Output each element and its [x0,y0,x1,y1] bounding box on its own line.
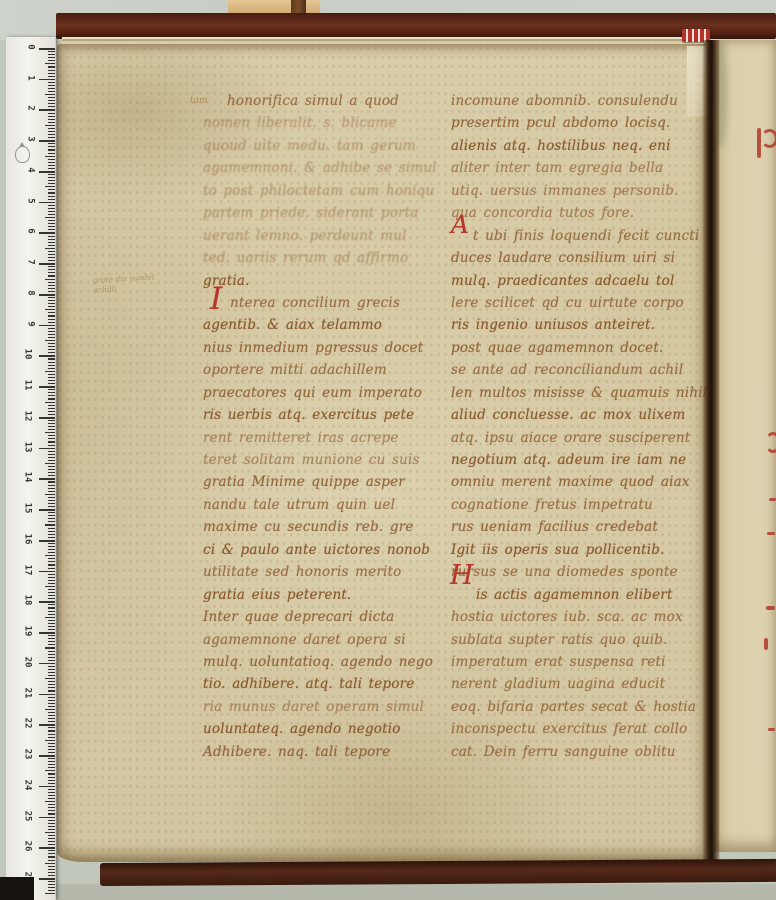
text-line: rursus se una diomedes sponte [451,561,677,583]
ruler-tick [39,509,55,511]
ruler-tick [39,847,55,849]
ruler-tick [39,540,55,542]
ruler-tick [48,737,55,738]
ruler-tick [48,420,55,421]
text-line: t ubi finis loquendi fecit cuncti [451,225,677,247]
ruler-tick [48,429,55,430]
ruler-tick [48,623,55,624]
ruler-tick [48,82,55,83]
text-line: omniu merent maxime quod aiax [451,471,677,493]
ruler-tick [48,260,55,261]
ruler-tick [48,377,55,378]
ruler-tick [48,654,55,655]
ruler-tick [39,755,55,757]
ruler-number: 9 [25,321,35,326]
text-line: ci & paulo ante uictores nonob [203,539,421,561]
ruler-tick [48,177,55,178]
ruler-tick [48,546,55,547]
ruler-number: 0 [25,44,35,49]
text-column-left: honorifica simul a quodnomen liberalit. … [203,90,421,763]
ruler-tick [48,408,55,409]
ruler-tick [48,629,55,630]
ruler-tick [48,552,55,553]
ruler-tick [48,97,55,98]
ruler-tick [45,678,55,679]
ruler-tick [48,192,55,193]
ruler-tick [48,500,55,501]
ruler-tick [48,684,55,685]
ruler-tick [48,607,55,608]
ruler-tick [39,632,55,634]
ruler-tick [48,884,55,885]
ruler-tick [48,162,55,163]
ruler-tick [48,441,55,442]
rubric-initial-at: A [451,212,469,237]
ruler-tick [48,269,55,270]
ruler-tick [45,586,55,587]
ruler-tick [39,232,55,234]
ruler-tick [45,279,55,280]
ruler-tick [45,432,55,433]
ruler-tick [48,242,55,243]
text-line: gratia. [203,270,421,292]
text-line: len multos misisse & quamuis nihil [451,382,677,404]
ruler-tick [45,371,55,372]
text-line: post quae agamemnon docet. [451,337,677,359]
red-text-fragment [765,432,776,453]
ruler-tick [48,70,55,71]
ruler-tick [48,275,55,276]
ruler-tick [45,863,55,864]
text-line: sublata supter ratis quo quib. [451,629,677,651]
ruler-tick [45,801,55,802]
ruler-tick [48,620,55,621]
ruler-tick [48,352,55,353]
ruler-tick [48,485,55,486]
ruler-tick [48,236,55,237]
text-line: mulq. uoluntatioq. agendo nego [203,651,421,673]
ruler-tick [48,697,55,698]
text-line: inconspectu exercitus ferat collo [451,718,677,740]
ruler-tick [48,887,55,888]
ruler-tick [48,306,55,307]
text-line: uoluntateq. agendo negotio [203,718,421,740]
ruler-tick [48,469,55,470]
text-line: ris ingenio uniusos anteiret. [451,314,677,336]
ruler-tick [48,395,55,396]
manuscript-photo: tam grate dia suadet achilli honorifica … [0,0,776,900]
ruler-number: 25 [23,810,33,821]
ruler-tick [39,294,55,296]
ruler-tick [48,103,55,104]
ruler-tick [48,660,55,661]
ruler-number: 21 [23,687,33,698]
ruler-tick [48,743,55,744]
ruler-tick [39,878,55,880]
ruler-tick [48,137,55,138]
ruler-tick [48,807,55,808]
ruler-tick [48,752,55,753]
ruler-tick [48,672,55,673]
text-line: oportere mitti adachillem [203,359,421,381]
ruler-tick [48,491,55,492]
ruler-tick [48,860,55,861]
text-line: agentib. & aiax telammo [203,314,421,336]
ruler-tick [48,734,55,735]
ruler-tick [48,328,55,329]
text-line: Inter quae deprecari dicta [203,606,421,628]
ruler-tick [48,116,55,117]
ruler-number: 12 [23,410,33,421]
ruler-number: 23 [23,749,33,760]
ruler-tick [48,438,55,439]
gutter-shadow [702,40,720,862]
ruler-tick [48,165,55,166]
ruler-tick [48,568,55,569]
text-line: hostia uictores iub. sca. ac mox [451,606,677,628]
ruler-tick [48,767,55,768]
text-line: eoq. bifaria partes secat & hostia [451,696,677,718]
ruler-tick [45,248,55,249]
text-line: quoud uite medu. tam gerum [203,135,421,157]
red-text-fragment [769,498,776,501]
ruler-tick [45,555,55,556]
ruler-tick [48,220,55,221]
binding-bottom-edge [100,859,776,886]
manuscript-page: tam grate dia suadet achilli honorifica … [57,44,709,862]
ruler-number: 14 [23,472,33,483]
ruler-tick [39,109,55,111]
rubric-initial-his: H [450,562,474,589]
ruler-tick [48,143,55,144]
ruler-tick [45,463,55,464]
ruler-tick [48,134,55,135]
ruler-tick [39,724,55,726]
ruler-tick [48,466,55,467]
text-line: nius inmedium pgressus docet [203,337,421,359]
text-line: rent remitteret iras acrepe [203,427,421,449]
ruler-tick [48,881,55,882]
ruler-tick [45,740,55,741]
ruler-number: 3 [25,137,35,142]
ruler-tick [48,866,55,867]
ruler-tick [48,481,55,482]
ruler-tick [48,251,55,252]
ruler-tick [48,669,55,670]
ruler-tick [48,337,55,338]
ruler-tick [48,758,55,759]
text-line: ria munus daret operam simul [203,696,421,718]
ruler-tick [48,580,55,581]
ruler-number: 22 [23,718,33,729]
ruler-tick [48,211,55,212]
ruler-number: 24 [23,779,33,790]
ruler-number: 26 [23,841,33,852]
ruler-tick [48,690,55,691]
ruler-tick [48,657,55,658]
ruler-tick [48,675,55,676]
ruler-tick [48,189,55,190]
ruler-tick [48,589,55,590]
ruler-tick [48,564,55,565]
ruler-tick [48,712,55,713]
text-line: lere scilicet qd cu uirtute corpo [451,292,677,314]
red-text-fragment [767,532,775,535]
text-line: aliud concluesse. ac mox ulixem [451,404,677,426]
ruler-tick [45,770,55,771]
text-line: alienis atq. hostilibus neq. eni [451,135,677,157]
ruler-tick [48,380,55,381]
ruler-number: 15 [23,503,33,514]
ruler-tick [39,79,55,81]
ruler-number: 11 [23,380,33,391]
ruler-tick [48,604,55,605]
ruler-tick [48,773,55,774]
ruler-tick [48,595,55,596]
ruler-tick [48,315,55,316]
text-line: is actis agamemnon elibert [451,584,677,606]
ruler-tick [48,746,55,747]
ruler-tick [48,460,55,461]
text-line: presertim pcul abdomo locisq. [451,112,677,134]
ruler-tick [48,282,55,283]
text-line: partem priede. siderant porta [203,202,421,224]
ruler-tick [39,663,55,665]
ruler-tick [48,291,55,292]
text-line: tio. adhibere. atq. tali tepore [203,673,421,695]
text-line: to post philoctetam cum honiqu [203,180,421,202]
ruler-tick [48,223,55,224]
ruler-tick [48,838,55,839]
ruler-tick [39,571,55,573]
ruler-tick [48,451,55,452]
ruler-tick [48,715,55,716]
ruler-tick [48,239,55,240]
ruler-tick [48,153,55,154]
ruler-tick [48,454,55,455]
ruler-tick [48,168,55,169]
ruler-number: 18 [23,595,33,606]
ruler-tick [48,598,55,599]
ruler-tick [48,383,55,384]
ruler: 0123456789101112131415161718192021222324… [6,37,56,900]
ruler-tick [48,543,55,544]
red-text-fragment [768,728,775,731]
ruler-tick [48,435,55,436]
ruler-number: 1 [25,75,35,80]
ruler-tick [48,362,55,363]
ruler-tick [48,841,55,842]
ruler-tick [48,423,55,424]
ruler-tick [39,478,55,480]
ruler-tick [48,641,55,642]
ruler-tick [45,309,55,310]
ruler-tick [48,319,55,320]
text-line: mulq. praedicantes adcaelu tol [451,270,677,292]
text-line: se ante ad reconciliandum achil [451,359,677,381]
ruler-tick [45,63,55,64]
ruler-tick [48,721,55,722]
ruler-tick [48,426,55,427]
black-corner [0,877,34,900]
ruler-tick [48,850,55,851]
ruler-number: 4 [25,167,35,172]
text-line: teret solitam munione cu suis [203,449,421,471]
ruler-tick [48,272,55,273]
ruler-tick [48,180,55,181]
ruler-tick [39,417,55,419]
ruler-tick [48,820,55,821]
ruler-tick [48,537,55,538]
ruler-tick [48,687,55,688]
ruler-tick [48,792,55,793]
ruler-tick [48,872,55,873]
ruler-tick [39,48,55,50]
ruler-tick [48,730,55,731]
ruler-tick [48,798,55,799]
text-line: maxime cu secundis reb. gre [203,516,421,538]
ruler-tick [45,524,55,525]
ruler-tick [48,869,55,870]
binding-top-edge [56,13,776,39]
text-line: aliter inter tam egregia bella [451,157,677,179]
text-line: praecatores qui eum imperato [203,382,421,404]
ruler-tick [45,709,55,710]
ruler-tick [48,506,55,507]
ruler-tick [48,405,55,406]
ruler-tick [48,66,55,67]
ruler-tick [48,214,55,215]
ruler-tick [48,374,55,375]
ruler-tick [48,635,55,636]
marginal-gloss: grate dia suadet achilli [93,272,156,294]
ruler-tick [48,856,55,857]
ruler-tick [48,285,55,286]
text-line: cat. Dein ferru sanguine oblitu [451,741,677,763]
text-line: cognatione fretus impetratu [451,494,677,516]
ruler-tick [48,349,55,350]
ruler-tick [48,626,55,627]
ruler-number: 7 [25,259,35,264]
ruler-tick [45,494,55,495]
ruler-tick [48,229,55,230]
ruler-tick [48,208,55,209]
ruler-tick [48,789,55,790]
ruler-tick [48,853,55,854]
ruler-tick [48,666,55,667]
ruler-tick [45,340,55,341]
text-line: nerent gladium uagina educit [451,673,677,695]
ruler-tick [48,795,55,796]
ruler-tick [39,325,55,327]
ruler-tick [48,368,55,369]
ruler-number: 17 [23,564,33,575]
ruler-tick [48,389,55,390]
ruler-tick [45,217,55,218]
ruler-tick [48,749,55,750]
ruler-tick [48,503,55,504]
text-line: nandu tale utrum quin uel [203,494,421,516]
ruler-tick [48,577,55,578]
ruler-tick [48,88,55,89]
ruler-tick [48,875,55,876]
ruler-tick [39,448,55,450]
ruler-tick [48,266,55,267]
ruler-tick [48,60,55,61]
ruler-tick [48,777,55,778]
text-line: gratia eius peterent. [203,584,421,606]
ruler-tick [39,817,55,819]
ruler-tick [45,186,55,187]
ruler-tick [48,159,55,160]
text-column-right: incomune abomnib. consulendupresertim pc… [451,90,677,763]
ruler-tick [48,457,55,458]
ruler-tick [48,574,55,575]
ruler-tick [45,402,55,403]
ruler-number: 2 [25,106,35,111]
ruler-tick [48,534,55,535]
ruler-tick [48,334,55,335]
ruler-tick [48,73,55,74]
ruler-number: 20 [23,656,33,667]
ruler-tick [48,414,55,415]
ruler-tick [48,119,55,120]
ruler-tick [48,488,55,489]
ruler-number: 8 [25,290,35,295]
ruler-number: 10 [23,349,33,360]
ruler-tick [45,617,55,618]
ruler-tick [48,146,55,147]
library-emblem-icon [15,146,30,163]
ruler-tick [48,303,55,304]
ruler-tick [48,297,55,298]
text-line: negotium atq. adeum ire iam ne [451,449,677,471]
ruler-tick [39,355,55,357]
ruler-tick [48,810,55,811]
backdrop-bottom [36,884,776,900]
ruler-tick [48,611,55,612]
ruler-tick [48,561,55,562]
ruler-tick [48,254,55,255]
ruler-number: 5 [25,198,35,203]
ruler-tick [48,764,55,765]
ruler-tick [48,113,55,114]
ruler-tick [45,893,55,894]
ruler-tick [48,703,55,704]
ruler-tick [48,199,55,200]
ruler-number: 16 [23,533,33,544]
red-initial-fragment [761,129,776,148]
ruler-tick [48,472,55,473]
ruler-tick [45,156,55,157]
text-line: honorifica simul a quod [203,90,421,112]
ruler-tick [39,202,55,204]
text-line: Igit iis operis sua pollicentib. [451,539,677,561]
text-line: ris uerbis atq. exercitus pete [203,404,421,426]
ruler-tick [48,644,55,645]
ruler-number: 6 [25,229,35,234]
text-line: incomune abomnib. consulendu [451,90,677,112]
ruler-tick [48,761,55,762]
text-line: nterea concilium grecis [203,292,421,314]
facing-page [714,40,776,852]
ruler-tick [48,131,55,132]
text-line: rus ueniam facilius credebat [451,516,677,538]
ruler-tick [39,263,55,265]
ruler-tick [48,174,55,175]
ruler-tick [48,718,55,719]
ruler-tick [48,288,55,289]
